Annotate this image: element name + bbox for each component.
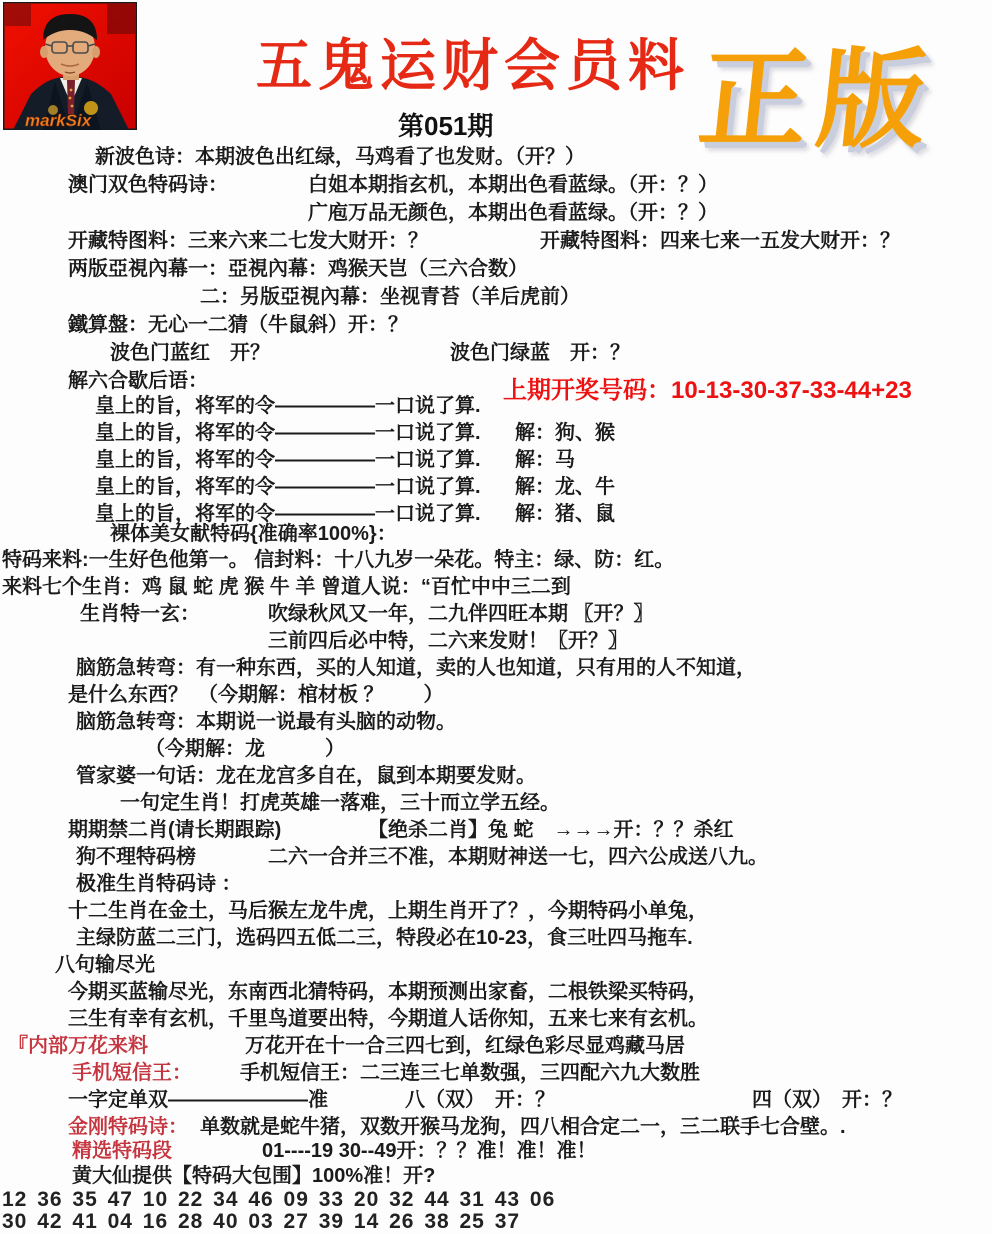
yiju-line: 一句定生肖！打虎英雄一落难，三十而立学五经。 xyxy=(120,790,560,816)
baju-line-1: 今期买蓝输尽光，东南西北猜特码，本期预测出家畜，二根铁梁买特码， xyxy=(68,979,708,1005)
naojin-1-line-1: 脑筋急转弯：有一种东西，买的人知道，卖的人也知道，只有用的人不知道， xyxy=(76,655,756,681)
edition-stamp: 正版 xyxy=(694,44,942,156)
bosemen-left: 波色门蓝红 开？ xyxy=(110,340,270,366)
jizhun-title: 极准生肖特码诗 ： xyxy=(76,871,242,897)
xiehouyu-answer-4: 解：猪、鼠 xyxy=(515,501,615,527)
jingang-label: 金刚特码诗： xyxy=(68,1114,188,1140)
neibu-text: 万花开在十一合三四七到，红绿色彩尽显鸡藏马居 xyxy=(245,1033,685,1059)
sms-text: 手机短信王：二三连三七单数强，三四配六九大数胜 xyxy=(240,1060,700,1086)
xiehouyu-title: 解六合歇后语： xyxy=(68,368,208,394)
baju-line-2: 三生有幸有玄机，千里鸟道要出特，今期道人话你知，五来七来有玄机。 xyxy=(68,1006,708,1032)
sms-label: 手机短信王： xyxy=(72,1060,192,1086)
yizi-right: 四（双） 开：？ xyxy=(752,1087,902,1113)
issue-number: 第051期 xyxy=(398,106,493,143)
tie xyxy=(67,80,75,114)
xiehouyu-answer-1: 解：狗、猴 xyxy=(515,420,615,446)
naojin-2-line-1: 脑筋急转弯：本期说一说最有头脑的动物。 xyxy=(76,709,456,735)
neibu-label: 『内部万花来料 xyxy=(8,1033,148,1059)
macau-poem-line-2: 广庖万品无颜色，本期出色看蓝绿。（开：？） xyxy=(308,200,718,226)
portrait-photo: markSix xyxy=(3,2,137,130)
jingxuan-label: 精选特码段 xyxy=(72,1138,172,1164)
shengxiao-line-2: 三前四后必中特，二六来发财！〖开？〗 xyxy=(268,628,628,654)
qige-shengxiao-line: 来料七个生肖：鸡 鼠 蛇 虎 猴 牛 羊 曾道人说：“百忙中中三二到 xyxy=(2,574,571,600)
xiehouyu-line-4: 皇上的旨，将军的令—————一口说了算. xyxy=(95,474,481,500)
guanjiapo-line: 管家婆一句话：龙在龙宫多自在，鼠到本期要发财。 xyxy=(76,763,536,789)
macau-poem-line-1: 白姐本期指玄机，本期出色看蓝绿。（开：？） xyxy=(308,172,718,198)
jizhun-line-1: 十二生肖在金土，马后猴左龙牛虎，上期生肖开了？，今期特码小单兔， xyxy=(68,898,708,924)
qiqijin-label: 期期禁二肖(请长期跟踪) xyxy=(68,817,281,843)
numbers-row-2: 30 42 41 04 16 28 40 03 27 39 14 26 38 2… xyxy=(2,1210,520,1234)
tetuliao-right: 开藏特图料：四来七来一五发大财开：？ xyxy=(540,228,900,254)
page: markSix 五鬼运财会员料 第051期 正版 新波色诗：本期波色出红绿，马鸡… xyxy=(0,0,992,1234)
naojin-1-line-2: 是什么东西？ （今期解：棺材板 ？ ） xyxy=(68,682,444,708)
yizi-line: 一字定单双———————准 xyxy=(68,1087,328,1113)
goubuli-label: 狗不理特码榜 xyxy=(76,844,196,870)
page-title: 五鬼运财会员料 xyxy=(256,36,690,96)
luoti-line: 裸体美女献特码{准确率100%}： xyxy=(110,521,397,547)
xiehouyu-answer-3: 解：龙、牛 xyxy=(515,474,615,500)
jingang-text: 单数就是蛇牛猪，双数开猴马龙狗，四八相合定二一，三二联手七合壁。. xyxy=(200,1114,846,1140)
yashi-line-1: 两版亞視內幕一：亞視內幕：鸡猴天岂（三六合数） xyxy=(68,256,528,282)
shengxiao-line-1: 吹绿秋风又一年，二九伴四旺本期 〖开？〗 xyxy=(268,601,654,627)
numbers-row-1: 12 36 35 47 10 22 34 46 09 33 20 32 44 3… xyxy=(2,1188,555,1212)
xiehouyu-line-3: 皇上的旨，将军的令—————一口说了算. xyxy=(95,447,481,473)
last-draw-result: 上期开奖号码：10-13-30-37-33-44+23 xyxy=(503,370,912,405)
bose-poem-line: 新波色诗：本期波色出红绿，马鸡看了也发财。（开？） xyxy=(95,144,585,170)
xiehouyu-answer-2: 解：马 xyxy=(515,447,575,473)
tema-laila-line: 特码来料:一生好色他第一。 信封料：十八九岁一朵花。特主：绿、防：红。 xyxy=(2,547,674,573)
huangdaxian-line: 黄大仙提供【特码大包围】100%准！开? xyxy=(72,1163,435,1189)
yashi-line-2: 二：另版亞視內幕：坐视青苔（羊后虎前） xyxy=(200,284,580,310)
goubuli-text: 二六一合并三不准，本期财神送一七，四六公成送八九。 xyxy=(268,844,768,870)
naojin-2-line-2: （今期解：龙 ） xyxy=(145,736,345,762)
baju-title: 八句输尽光 xyxy=(55,952,155,978)
shengxiao-label: 生肖特一玄： xyxy=(80,601,200,627)
bosemen-right: 波色门绿蓝 开：？ xyxy=(450,340,630,366)
macau-poem-label: 澳门双色特码诗： xyxy=(68,172,228,198)
xiehouyu-line-2: 皇上的旨，将军的令—————一口说了算. xyxy=(95,420,481,446)
photo-watermark: markSix xyxy=(25,111,93,130)
jingxuan-text: 01----19 30--49开：？？准！准！准！ xyxy=(262,1138,597,1164)
tiesuanpan-line: 鐵算盤：无心一二猜（牛鼠斜）开：？ xyxy=(68,312,408,338)
jizhun-line-2: 主绿防蓝二三门，选码四五低二三，特段必在10-23，食三吐四马拖车. xyxy=(76,925,693,951)
juesha-text: 【绝杀二肖】兔 蛇 →→→开：？？杀红 xyxy=(368,817,734,843)
xiehouyu-line-1: 皇上的旨，将军的令—————一口说了算. xyxy=(95,393,481,419)
yizi-mid: 八（双） 开：？ xyxy=(405,1087,555,1113)
tetuliao-left: 开藏特图料：三来六来二七发大财开：？ xyxy=(68,228,428,254)
